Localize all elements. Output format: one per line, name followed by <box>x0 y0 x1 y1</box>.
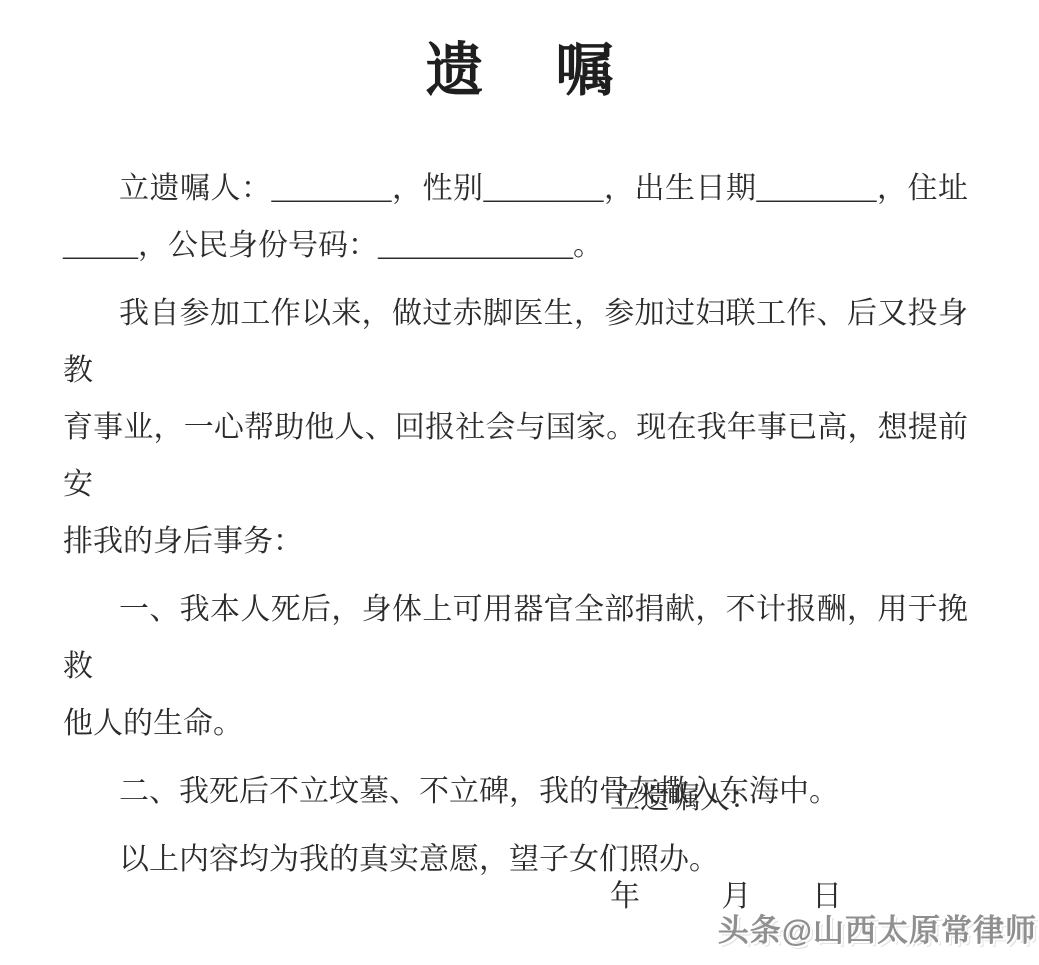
clause-1-paragraph: 一、我本人死后，身体上可用器官全部捐献，不计报酬，用于挽救 他人的生命。 <box>63 581 968 752</box>
clause-2-line-1: 二、我死后不立坟墓、不立碑，我的骨灰撒入东海中。 <box>63 763 968 820</box>
preamble-line-3: 排我的身后事务： <box>63 513 968 570</box>
preamble-line-1: 我自参加工作以来，做过赤脚医生，参加过妇联工作、后又投身教 <box>63 285 968 399</box>
document-title: 遗嘱 <box>0 38 1039 105</box>
watermark-text: 头条@山西太原常律师 <box>718 911 1037 951</box>
clause-2-paragraph: 二、我死后不立坟墓、不立碑，我的骨灰撒入东海中。 <box>63 763 968 820</box>
testator-info-paragraph: 立遗嘱人：________，性别________，出生日期________，住址… <box>63 160 968 274</box>
preamble-line-2: 育事业，一心帮助他人、回报社会与国家。现在我年事已高，想提前安 <box>63 399 968 513</box>
date-year-label: 年 <box>610 880 640 913</box>
signature-row: 立遗嘱人： <box>610 770 760 827</box>
signature-label: 立遗嘱人： <box>610 782 760 815</box>
will-document-page: 遗嘱 立遗嘱人：________，性别________，出生日期________… <box>0 0 1039 965</box>
preamble-paragraph: 我自参加工作以来，做过赤脚医生，参加过妇联工作、后又投身教 育事业，一心帮助他人… <box>63 285 968 570</box>
document-body: 立遗嘱人：________，性别________，出生日期________，住址… <box>63 160 968 888</box>
testator-info-line-1: 立遗嘱人：________，性别________，出生日期________，住址 <box>63 160 968 217</box>
clause-1-line-2: 他人的生命。 <box>63 695 968 752</box>
testator-info-line-2: _____，公民身份号码：_____________。 <box>63 217 968 274</box>
clause-1-line-1: 一、我本人死后，身体上可用器官全部捐献，不计报酬，用于挽救 <box>63 581 968 695</box>
